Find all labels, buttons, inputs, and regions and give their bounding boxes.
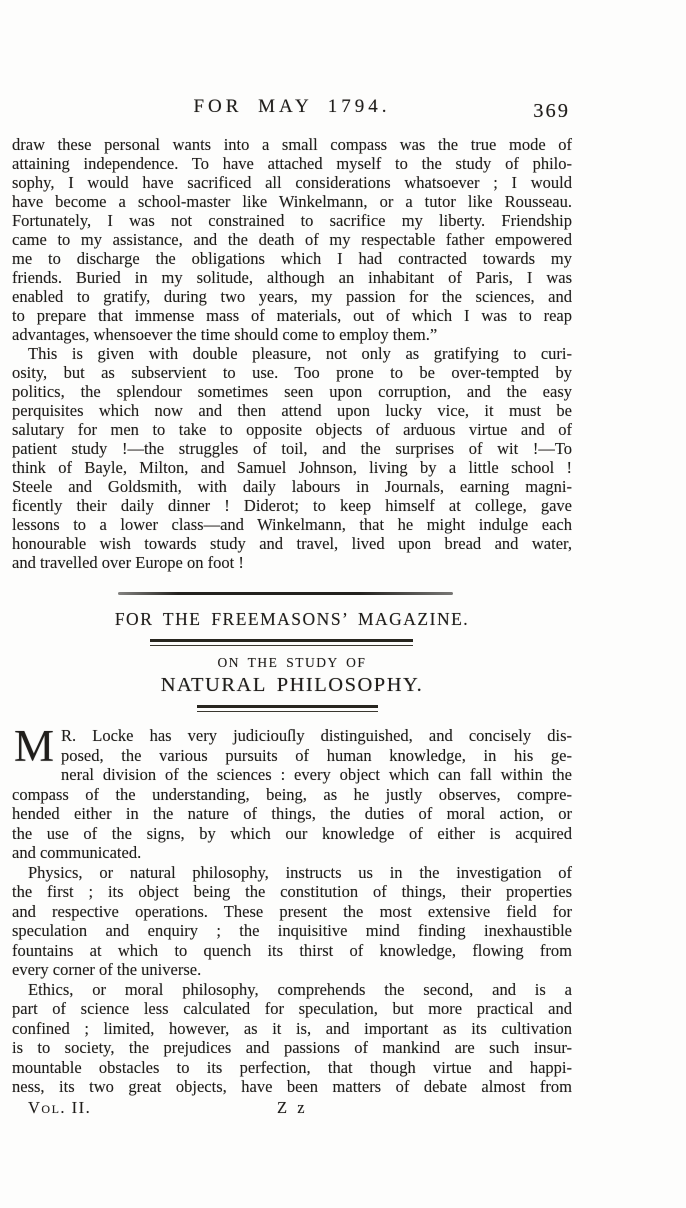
text-line: perquisites which now and then attend up… xyxy=(12,401,572,420)
running-head: FOR MAY 1794. 369 xyxy=(12,96,572,128)
page-number: 369 xyxy=(533,100,570,123)
text-line: lessons to a lower class—and Winkelmann,… xyxy=(12,515,572,534)
volume-label: Vol. II. xyxy=(28,1098,91,1118)
article-title: NATURAL PHILOSOPHY. xyxy=(12,674,572,697)
text-line: politics, the splendour sometimes seen u… xyxy=(12,382,572,401)
text-line: mountable obstacles to its perfection, t… xyxy=(12,1058,572,1078)
double-rule-top xyxy=(150,639,413,646)
text-column: FOR MAY 1794. 369 draw these personal wa… xyxy=(12,0,572,1122)
text-line: the use of the signs, by which our knowl… xyxy=(12,824,572,844)
text-line: is to society, the prejudices and passio… xyxy=(12,1038,572,1058)
text-line: have become a school-master like Winkelm… xyxy=(12,192,572,211)
text-line: came to my assistance, and the death of … xyxy=(12,230,572,249)
section-divider-rule xyxy=(118,592,453,595)
page-footer: Vol. II. Z z xyxy=(12,1098,572,1122)
text-line: think of Bayle, Milton, and Samuel Johns… xyxy=(12,458,572,477)
text-line: enabled to gratify, during two years, my… xyxy=(12,287,572,306)
paragraph: Ethics, or moral philosophy, comprehends… xyxy=(12,980,572,1097)
text-line: R. Locke has very judiciouſly distinguis… xyxy=(12,726,572,746)
text-line: osity, but as subservient to use. Too pr… xyxy=(12,363,572,382)
article-continuation-text: draw these personal wants into a small c… xyxy=(12,135,572,572)
text-line: ficently their daily dinner ! Diderot; t… xyxy=(12,496,572,515)
text-line: compass of the understanding, being, as … xyxy=(12,785,572,805)
text-line: to prepare that immense mass of material… xyxy=(12,306,572,325)
text-line: and communicated. xyxy=(12,843,572,863)
text-line: and travelled over Europe on foot ! xyxy=(12,553,572,572)
paragraph: Physics, or natural philosophy, instruct… xyxy=(12,863,572,980)
text-line: every corner of the universe. xyxy=(12,960,572,980)
text-line: This is given with double pleasure, not … xyxy=(12,344,572,363)
text-line: confined ; limited, however, as it is, a… xyxy=(12,1019,572,1039)
text-line: patient study !—the struggles of toil, a… xyxy=(12,439,572,458)
double-rule-bottom xyxy=(197,705,378,712)
text-line: me to discharge the obligations which I … xyxy=(12,249,572,268)
text-line: ness, its two great objects, have been m… xyxy=(12,1077,572,1097)
text-line: the first ; its object being the constit… xyxy=(12,882,572,902)
text-line: Ethics, or moral philosophy, comprehends… xyxy=(12,980,572,1000)
text-line: and respective operations. These present… xyxy=(12,902,572,922)
signature-mark: Z z xyxy=(277,1098,308,1118)
article-subtitle: ON THE STUDY OF xyxy=(12,655,572,671)
paragraph: This is given with double pleasure, not … xyxy=(12,344,572,572)
text-line: attaining independence. To have attached… xyxy=(12,154,572,173)
text-line: fountains at which to quench its thirst … xyxy=(12,941,572,961)
text-line: speculation and enquiry ; the inquisitiv… xyxy=(12,921,572,941)
text-line: Physics, or natural philosophy, instruct… xyxy=(12,863,572,883)
text-line: salutary for men to take to opposite obj… xyxy=(12,420,572,439)
text-line: advantages, whensoever the time should c… xyxy=(12,325,572,344)
paragraph: draw these personal wants into a small c… xyxy=(12,135,572,344)
text-line: neral division of the sciences : every o… xyxy=(12,765,572,785)
running-title: FOR MAY 1794. xyxy=(12,96,572,118)
text-line: hended either in the nature of things, t… xyxy=(12,804,572,824)
text-line: Fortunately, I was not constrained to sa… xyxy=(12,211,572,230)
text-line: posed, the various pursuits of human kno… xyxy=(12,746,572,766)
text-line: part of science less calculated for spec… xyxy=(12,999,572,1019)
text-line: draw these personal wants into a small c… xyxy=(12,135,572,154)
text-line: sophy, I would have sacrificed all consi… xyxy=(12,173,572,192)
scanned-page: FOR MAY 1794. 369 draw these personal wa… xyxy=(0,0,686,1208)
paragraph: MR. Locke has very judiciouſly distingui… xyxy=(12,726,572,863)
text-line: Steele and Goldsmith, with daily labours… xyxy=(12,477,572,496)
drop-cap-initial: M xyxy=(12,726,61,766)
article-body-text: MR. Locke has very judiciouſly distingui… xyxy=(12,726,572,1097)
magazine-section-heading: FOR THE FREEMASONS’ MAGAZINE. xyxy=(12,608,572,630)
text-line: friends. Buried in my solitude, although… xyxy=(12,268,572,287)
text-line: honourable wish towards study and travel… xyxy=(12,534,572,553)
